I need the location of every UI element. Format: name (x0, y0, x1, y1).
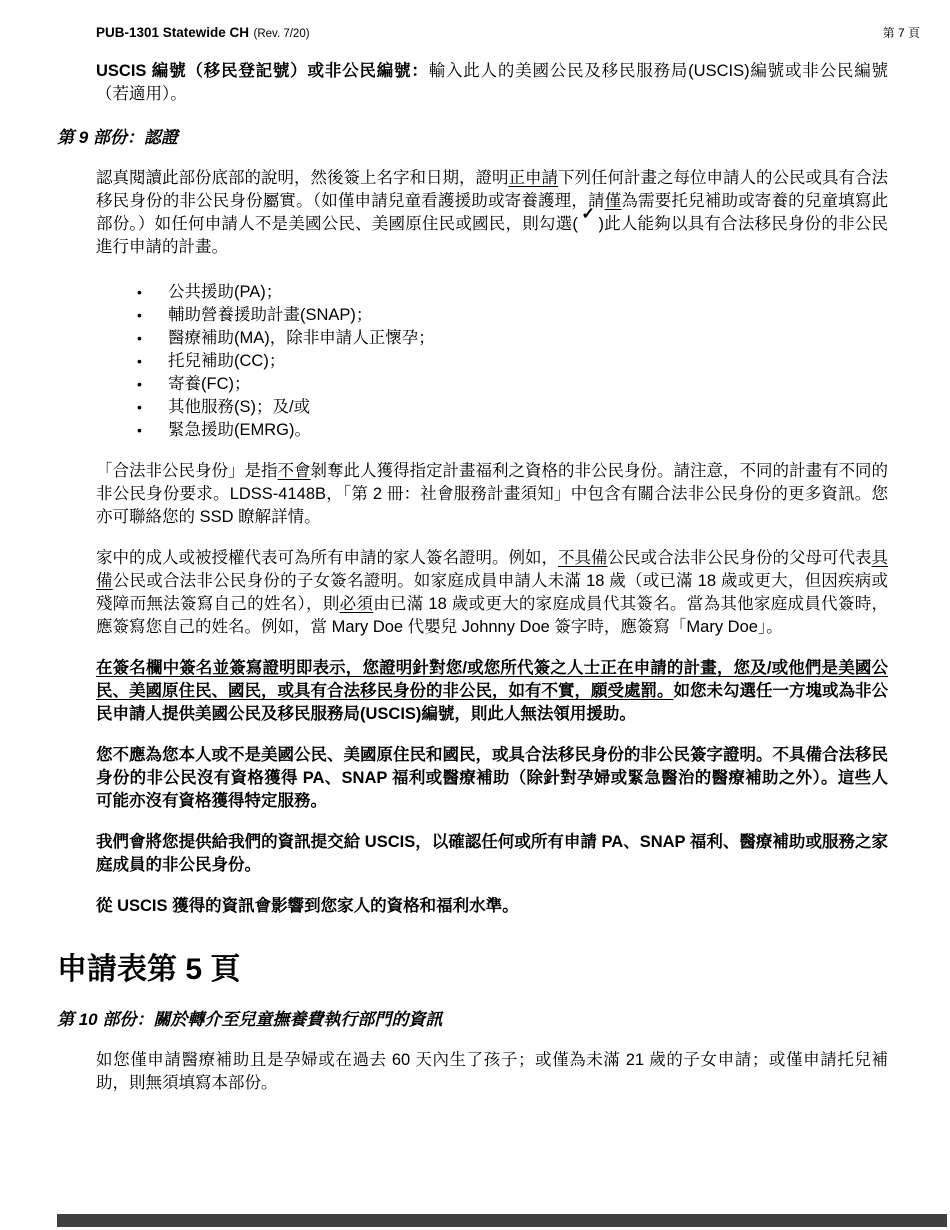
bullet-text: 其他服務(S)；及/或 (168, 398, 310, 416)
paragraph-lawful-status: 「合法非公民身份」是指不會剝奪此人獲得指定計畫福利之資格的非公民身份。請注意，不… (96, 460, 888, 529)
paragraph-certify-intro: 認真閱讀此部份底部的說明，然後簽上名字和日期，證明正申請下列任何計畫之每位申請人… (96, 167, 888, 259)
bullet-text: 托兒補助(CC)； (168, 352, 285, 370)
paragraph-uscis-number: USCIS 編號（移民登記號）或非公民編號：輸入此人的美國公民及移民服務局(US… (96, 60, 888, 106)
section-9-heading: 第 9 部份：認證 (57, 126, 888, 149)
list-item: •托兒補助(CC)； (137, 350, 888, 373)
paragraph-uscis-info-impact: 從 USCIS 獲得的資訊會影響到您家人的資格和福利水準。 (96, 895, 888, 918)
list-item: •寄養(FC)； (137, 373, 888, 396)
bullet-text: 公共援助(PA)； (168, 283, 282, 301)
list-item: •緊急援助(EMRG)。 (137, 419, 888, 442)
paragraph-adult-sign: 家中的成人或被授權代表可為所有申請的家人簽名證明。例如，不具備公民或合法非公民身… (96, 547, 888, 639)
doc-id: PUB-1301 Statewide CH (96, 25, 249, 40)
footer-bar (57, 1214, 947, 1227)
checkmark-icon: ✓ (578, 203, 599, 226)
document-page: PUB-1301 Statewide CH (Rev. 7/20) 第 7 頁 … (0, 0, 950, 1230)
bullet-icon: • (137, 396, 168, 419)
bullet-icon: • (137, 419, 168, 442)
paragraph-should-not-sign: 您不應為您本人或不是美國公民、美國原住民和國民，或具合法移民身份的非公民簽字證明… (96, 744, 888, 813)
doc-revision: (Rev. 7/20) (254, 28, 310, 40)
bullet-text: 緊急援助(EMRG)。 (168, 421, 311, 439)
list-item: •輔助營養援助計畫(SNAP)； (137, 304, 888, 327)
bullet-text: 寄養(FC)； (168, 375, 250, 393)
list-item: •公共援助(PA)； (137, 281, 888, 304)
list-item: •其他服務(S)；及/或 (137, 396, 888, 419)
program-bullet-list: •公共援助(PA)；•輔助營養援助計畫(SNAP)；•醫療補助(MA)，除非申請… (96, 281, 888, 442)
bullet-icon: • (137, 281, 168, 304)
paragraph-medicaid-exempt: 如您僅申請醫療補助且是孕婦或在過去 60 天內生了孩子；或僅為未滿 21 歲的子… (96, 1049, 888, 1095)
section-10-heading: 第 10 部份：關於轉介至兒童撫養費執行部門的資訊 (57, 1008, 888, 1031)
bullet-text: 醫療補助(MA)，除非申請人正懷孕； (168, 329, 435, 347)
paragraph-submit-to-uscis: 我們會將您提供給我們的資訊提交給 USCIS，以確認任何或所有申請 PA、SNA… (96, 831, 888, 877)
bullet-icon: • (137, 327, 168, 350)
doc-title: PUB-1301 Statewide CH (Rev. 7/20) (96, 24, 310, 42)
list-item: •醫療補助(MA)，除非申請人正懷孕； (137, 327, 888, 350)
bullet-text: 輔助營養援助計畫(SNAP)； (168, 306, 372, 324)
document-body: USCIS 編號（移民登記號）或非公民編號：輸入此人的美國公民及移民服務局(US… (96, 60, 888, 1095)
page-number: 第 7 頁 (883, 24, 920, 41)
bullet-icon: • (137, 373, 168, 396)
page-header: PUB-1301 Statewide CH (Rev. 7/20) 第 7 頁 (0, 0, 950, 42)
bullet-icon: • (137, 304, 168, 327)
paragraph-certification-warning: 在簽名欄中簽名並簽寫證明即表示，您證明針對您/或您所代簽之人士正在申請的計畫，您… (96, 657, 888, 726)
application-page-5-heading: 申請表第 5 頁 (57, 952, 888, 988)
bullet-icon: • (137, 350, 168, 373)
